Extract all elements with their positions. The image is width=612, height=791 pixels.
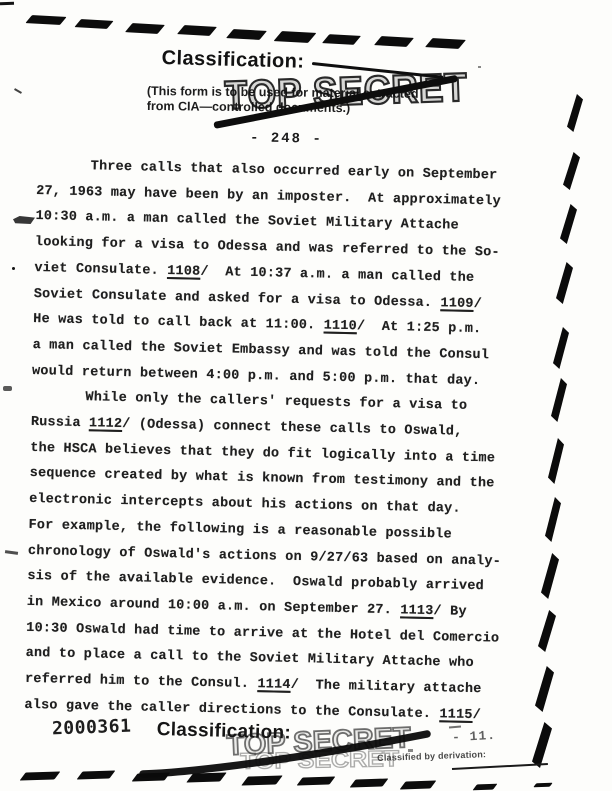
edge-dash-bottom: [77, 770, 116, 779]
edge-dash-top: [177, 25, 217, 36]
edge-dash-top: [125, 23, 165, 34]
top-secret-stamp: TOP SECRET: [224, 66, 468, 119]
body-text: Three calls that also occurred early on …: [24, 153, 567, 730]
edge-dash-top: [226, 29, 267, 40]
scan-artifact: [13, 216, 35, 224]
derivation-underline: [452, 763, 548, 770]
edge-dash-bottom: [472, 784, 497, 791]
scan-artifact: [478, 66, 481, 68]
scan-artifact: [5, 550, 18, 555]
control-number: 2000361: [52, 716, 132, 740]
scan-artifact: [3, 386, 12, 391]
scan-artifact: [14, 88, 22, 94]
edge-dash-bottom: [533, 783, 552, 788]
classification-label: Classification:: [161, 47, 304, 74]
edge-mark-right: [567, 94, 583, 132]
scanned-document-page: Classification: (This form is to be used…: [0, 0, 612, 791]
edge-dash-top: [74, 19, 113, 29]
edge-dash-top: [425, 38, 466, 49]
edge-dash-top: [274, 31, 317, 43]
edge-dash-bottom: [20, 771, 61, 780]
scan-artifact: [12, 267, 15, 270]
page-number: - 248 -: [250, 130, 323, 147]
edge-dash-top: [374, 36, 414, 47]
edge-dash-top: [25, 15, 66, 25]
edge-dash-top: [322, 34, 361, 45]
scan-artifact: [0, 2, 14, 5]
page-marker: - 11.: [452, 728, 497, 745]
